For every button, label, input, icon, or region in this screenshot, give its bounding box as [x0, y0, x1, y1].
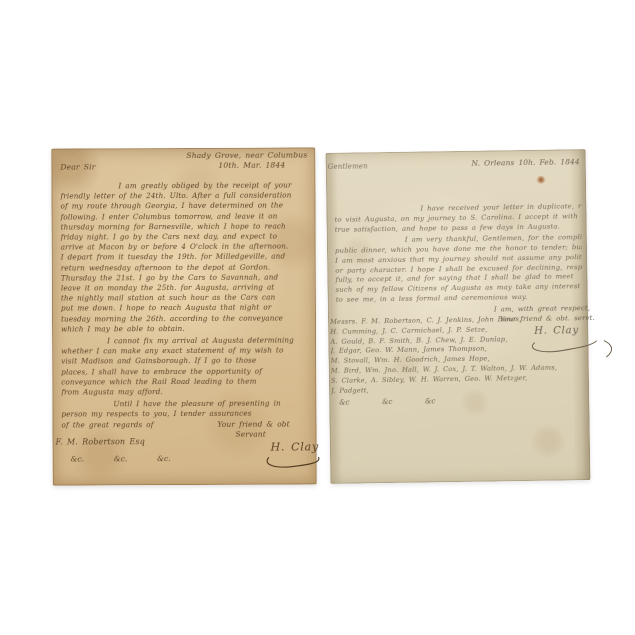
letter-left-body: I am greatly obliged by the receipt of y…: [60, 180, 311, 432]
etc-mark: &c.: [71, 454, 84, 463]
photo-canvas: Shady Grove, near Columbus 10th. Mar. 18…: [0, 0, 635, 635]
etc-mark: &c: [382, 398, 392, 406]
body-line: which I may be able to obtain.: [61, 323, 311, 334]
body-line: of my route through Georgia, I have dete…: [60, 201, 310, 212]
signature-flourish-icon: [261, 454, 327, 470]
salutation: Gentlemen: [328, 162, 368, 171]
body-line: the nightly mail station at such hour as…: [61, 293, 311, 304]
paragraph: I have received your letter in duplicate…: [334, 202, 581, 235]
paragraph: I am very thankful, Gentlemen, for the c…: [335, 233, 583, 305]
etc-row: &c&c&c: [339, 397, 435, 406]
body-line: from Augusta may afford.: [61, 387, 311, 398]
letter-right: Gentlemen N. Orleans 10h. Feb. 1844 I ha…: [326, 149, 591, 484]
etc-mark: &c.: [114, 454, 127, 463]
letter-right-heading: N. Orleans 10h. Feb. 1844: [471, 157, 579, 168]
paragraph: I am greatly obliged by the receipt of y…: [60, 180, 311, 334]
paragraph: I cannot fix my arrival at Augusta deter…: [61, 335, 311, 397]
letter-left: Shady Grove, near Columbus 10th. Mar. 18…: [51, 147, 316, 485]
closing-block: Your friend & obt Servant: [217, 420, 289, 440]
etc-mark: &c: [339, 399, 349, 407]
body-line: tuesday morning the 26th. according to t…: [61, 313, 311, 324]
signature: H. Clay: [271, 440, 319, 453]
closing-line: Servant: [217, 430, 289, 440]
body-line: Until I have the pleasure of presenting …: [61, 399, 311, 410]
etc-mark: &c.: [157, 454, 170, 463]
etc-mark: &c: [425, 397, 435, 405]
seal-stain: [536, 176, 546, 184]
heading-place: Shady Grove, near Columbus: [51, 150, 307, 161]
recipient-list: Messrs. F. M. Robertson, C. J. Jenkins, …: [330, 314, 569, 396]
salutation: Dear Sir: [60, 162, 95, 171]
address-line: F. M. Robertson Esq: [56, 437, 145, 446]
closing-line: Your friend & obt: [217, 420, 289, 430]
body-line: whether I can make any exact statement o…: [61, 346, 311, 357]
letter-right-body: I have received your letter in duplicate…: [334, 202, 582, 307]
etc-row: &c.&c.&c.: [71, 454, 171, 463]
body-line: I depart from it tuesday the 19th. for M…: [61, 252, 311, 263]
